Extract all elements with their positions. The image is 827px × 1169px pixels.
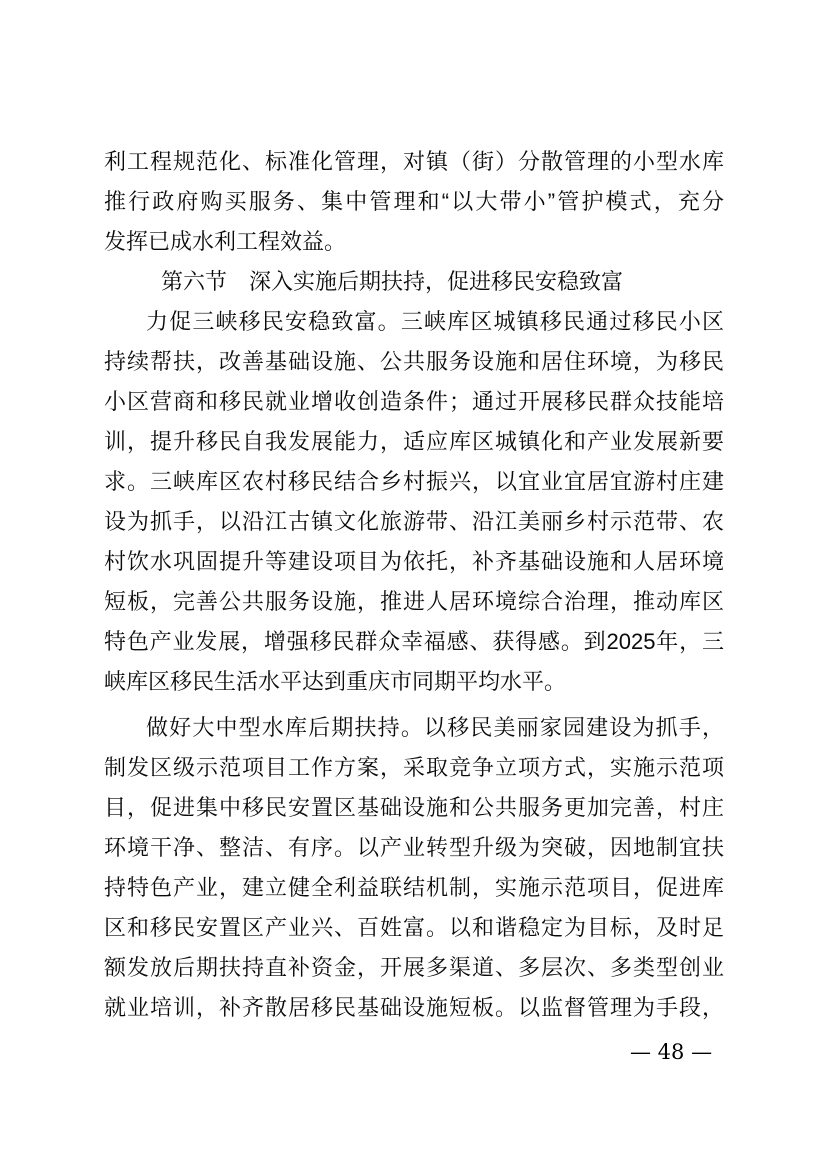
- text-line: 就业培训，补齐散居移民基础设施短板。以监督管理为手段，: [104, 988, 724, 1028]
- text-line: 峡库区移民生活水平达到重庆市同期平均水平。: [104, 662, 724, 702]
- text-line: 持特色产业，建立健全利益联结机制，实施示范项目，促进库: [104, 868, 724, 908]
- text-line: 利工程规范化、标准化管理，对镇（街）分散管理的小型水库: [104, 142, 724, 182]
- text-line: 区和移民安置区产业兴、百姓富。以和谐稳定为目标，及时足: [104, 908, 724, 948]
- text-line: 额发放后期扶持直补资金，开展多渠道、多层次、多类型创业: [104, 948, 724, 988]
- text-line: 做好大中型水库后期扶持。以移民美丽家园建设为抓手，: [104, 708, 724, 748]
- text-line: 持续帮扶，改善基础设施、公共服务设施和居住环境，为移民: [104, 342, 724, 382]
- text-line: 村饮水巩固提升等建设项目为依托，补齐基础设施和人居环境: [104, 542, 724, 582]
- text-block: 利工程规范化、标准化管理，对镇（街）分散管理的小型水库 推行政府购买服务、集中管…: [104, 142, 724, 1028]
- text-line: 求。三峡库区农村移民结合乡村振兴，以宜业宜居宜游村庄建: [104, 462, 724, 502]
- text-line: 设为抓手，以沿江古镇文化旅游带、沿江美丽乡村示范带、农: [104, 502, 724, 542]
- text-line: 制发区级示范项目工作方案，采取竞争立项方式，实施示范项: [104, 748, 724, 788]
- text-line: 力促三峡移民安稳致富。三峡库区城镇移民通过移民小区: [104, 302, 724, 342]
- section-heading: 第六节 深入实施后期扶持，促进移民安稳致富: [104, 262, 724, 302]
- page-number: — 48 —: [630, 1040, 712, 1064]
- document-page: 利工程规范化、标准化管理，对镇（街）分散管理的小型水库 推行政府购买服务、集中管…: [0, 0, 827, 1169]
- text-line: 环境干净、整洁、有序。以产业转型升级为突破，因地制宜扶: [104, 828, 724, 868]
- text-line: 推行政府购买服务、集中管理和“以大带小”管护模式，充分: [104, 182, 724, 222]
- text-line: 训，提升移民自我发展能力，适应库区城镇化和产业发展新要: [104, 422, 724, 462]
- text-line: 发挥已成水利工程效益。: [104, 222, 724, 262]
- text-line: 小区营商和移民就业增收创造条件；通过开展移民群众技能培: [104, 382, 724, 422]
- text-line: 特色产业发展，增强移民群众幸福感、获得感。到2025年，三: [104, 622, 724, 662]
- text-line: 目，促进集中移民安置区基础设施和公共服务更加完善，村庄: [104, 788, 724, 828]
- text-line: 短板，完善公共服务设施，推进人居环境综合治理，推动库区: [104, 582, 724, 622]
